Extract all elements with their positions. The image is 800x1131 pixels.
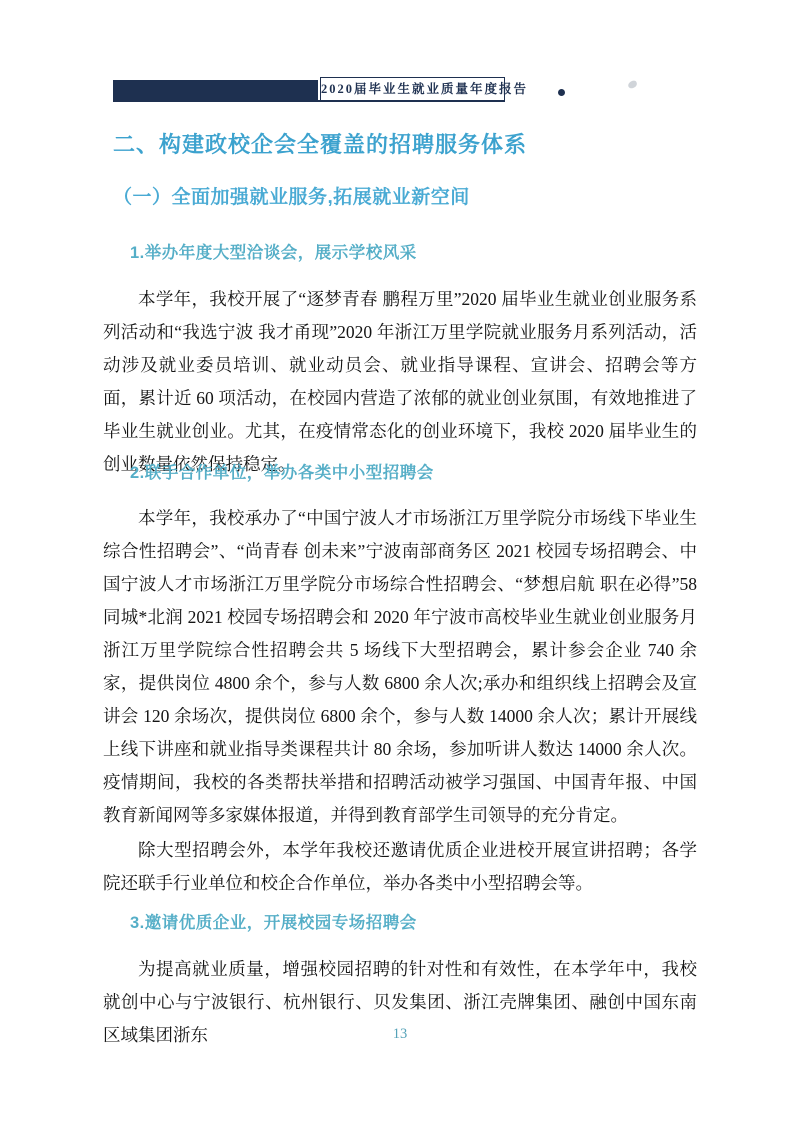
numbered-heading-2: 2.联手合作单位，举办各类中小型招聘会 (130, 459, 697, 483)
paragraph: 本学年，我校开展了“逐梦青春 鹏程万里”2020 届毕业生就业创业服务系列活动和… (103, 283, 697, 481)
numbered-heading-1: 1.举办年度大型洽谈会，展示学校风采 (130, 239, 697, 263)
page-number: 13 (0, 1026, 800, 1043)
subsection-heading: （一）全面加强就业服务,拓展就业新空间 (113, 182, 697, 209)
smudge-icon (627, 80, 638, 90)
document-page: 2020届毕业生就业质量年度报告 二、构建政校企会全覆盖的招聘服务体系 （一）全… (0, 0, 800, 1131)
header-rule (113, 100, 505, 102)
report-title-box: 2020届毕业生就业质量年度报告 (320, 77, 505, 101)
header-bar (113, 80, 318, 100)
numbered-heading-3: 3.邀请优质企业，开展校园专场招聘会 (130, 909, 697, 933)
chapter-heading: 二、构建政校企会全覆盖的招聘服务体系 (113, 128, 697, 159)
dot-icon (558, 89, 565, 96)
paragraph: 除大型招聘会外，本学年我校还邀请优质企业进校开展宣讲招聘；各学院还联手行业单位和… (103, 834, 697, 900)
report-title: 2020届毕业生就业质量年度报告 (321, 82, 528, 96)
paragraph: 本学年，我校承办了“中国宁波人才市场浙江万里学院分市场线下毕业生综合性招聘会”、… (103, 502, 697, 832)
